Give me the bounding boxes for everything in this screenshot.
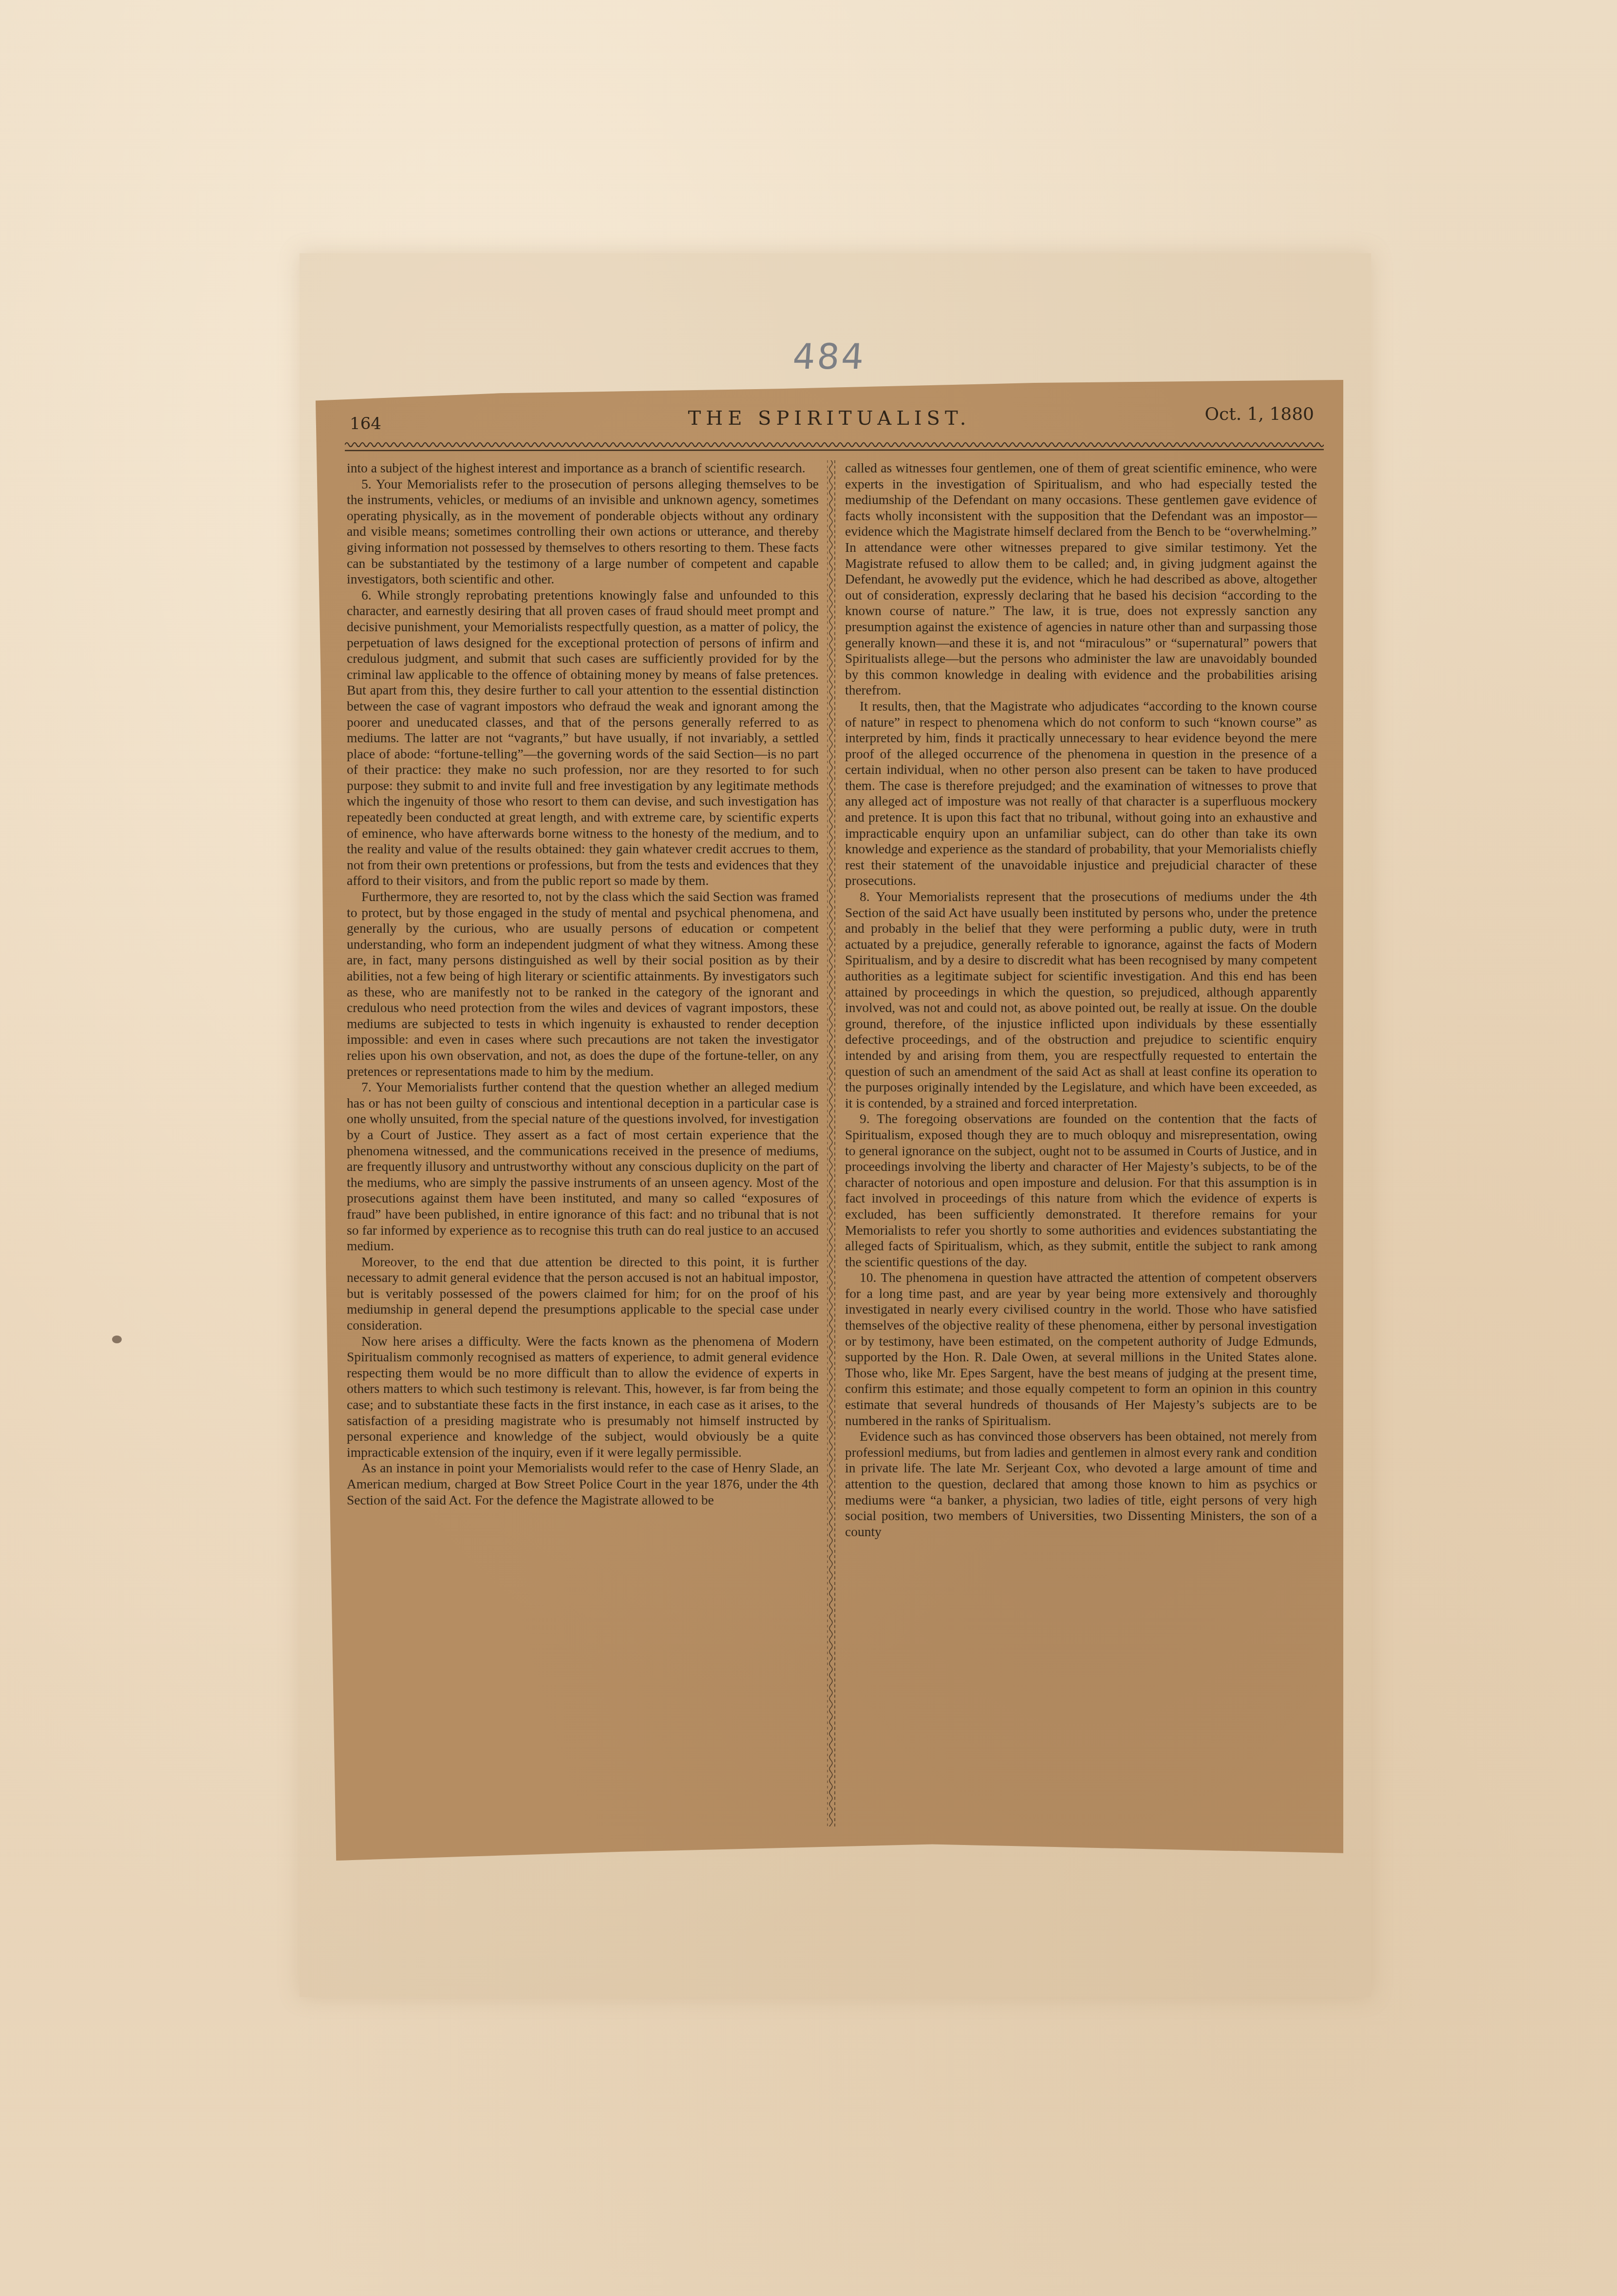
masthead: 164 THE SPIRITUALIST. Oct. 1, 1880 (345, 399, 1314, 433)
paragraph: As an instance in point your Memorialist… (347, 1460, 819, 1508)
paragraph: Furthermore, they are resorted to, not b… (347, 889, 819, 1079)
paragraph: called as witnesses four gentlemen, one … (845, 460, 1317, 698)
paragraph: It results, then, that the Magistrate wh… (845, 698, 1317, 889)
article-body: into a subject of the highest interest a… (340, 460, 1324, 1826)
paragraph: Moreover, to the end that due attention … (347, 1254, 819, 1334)
paragraph: 9. The foregoing observations are founde… (845, 1111, 1317, 1270)
paragraph: Now here arises a difficulty. Were the f… (347, 1334, 819, 1461)
right-column: called as witnesses four gentlemen, one … (838, 460, 1324, 1826)
left-column: into a subject of the highest interest a… (340, 460, 826, 1826)
pencil-folio-number: 484 (791, 336, 867, 377)
paper-blemish (112, 1336, 122, 1343)
column-divider (826, 460, 838, 1826)
newspaper-title: THE SPIRITUALIST. (345, 407, 1314, 430)
paragraph: into a subject of the highest interest a… (347, 460, 819, 476)
paragraph: Evidence such as has convinced those obs… (845, 1429, 1317, 1540)
newspaper-clipping: 164 THE SPIRITUALIST. Oct. 1, 1880 into … (316, 380, 1343, 1861)
paragraph: 7. Your Memorialists further contend tha… (347, 1079, 819, 1254)
paragraph: 5. Your Memorialists refer to the prosec… (347, 476, 819, 587)
issue-date: Oct. 1, 1880 (1205, 404, 1314, 424)
paragraph: 10. The phenomena in question have attra… (845, 1270, 1317, 1429)
wavy-header-rule (345, 441, 1324, 452)
paragraph: 8. Your Memorialists represent that the … (845, 889, 1317, 1111)
paragraph: 6. While strongly reprobating pretention… (347, 587, 819, 889)
